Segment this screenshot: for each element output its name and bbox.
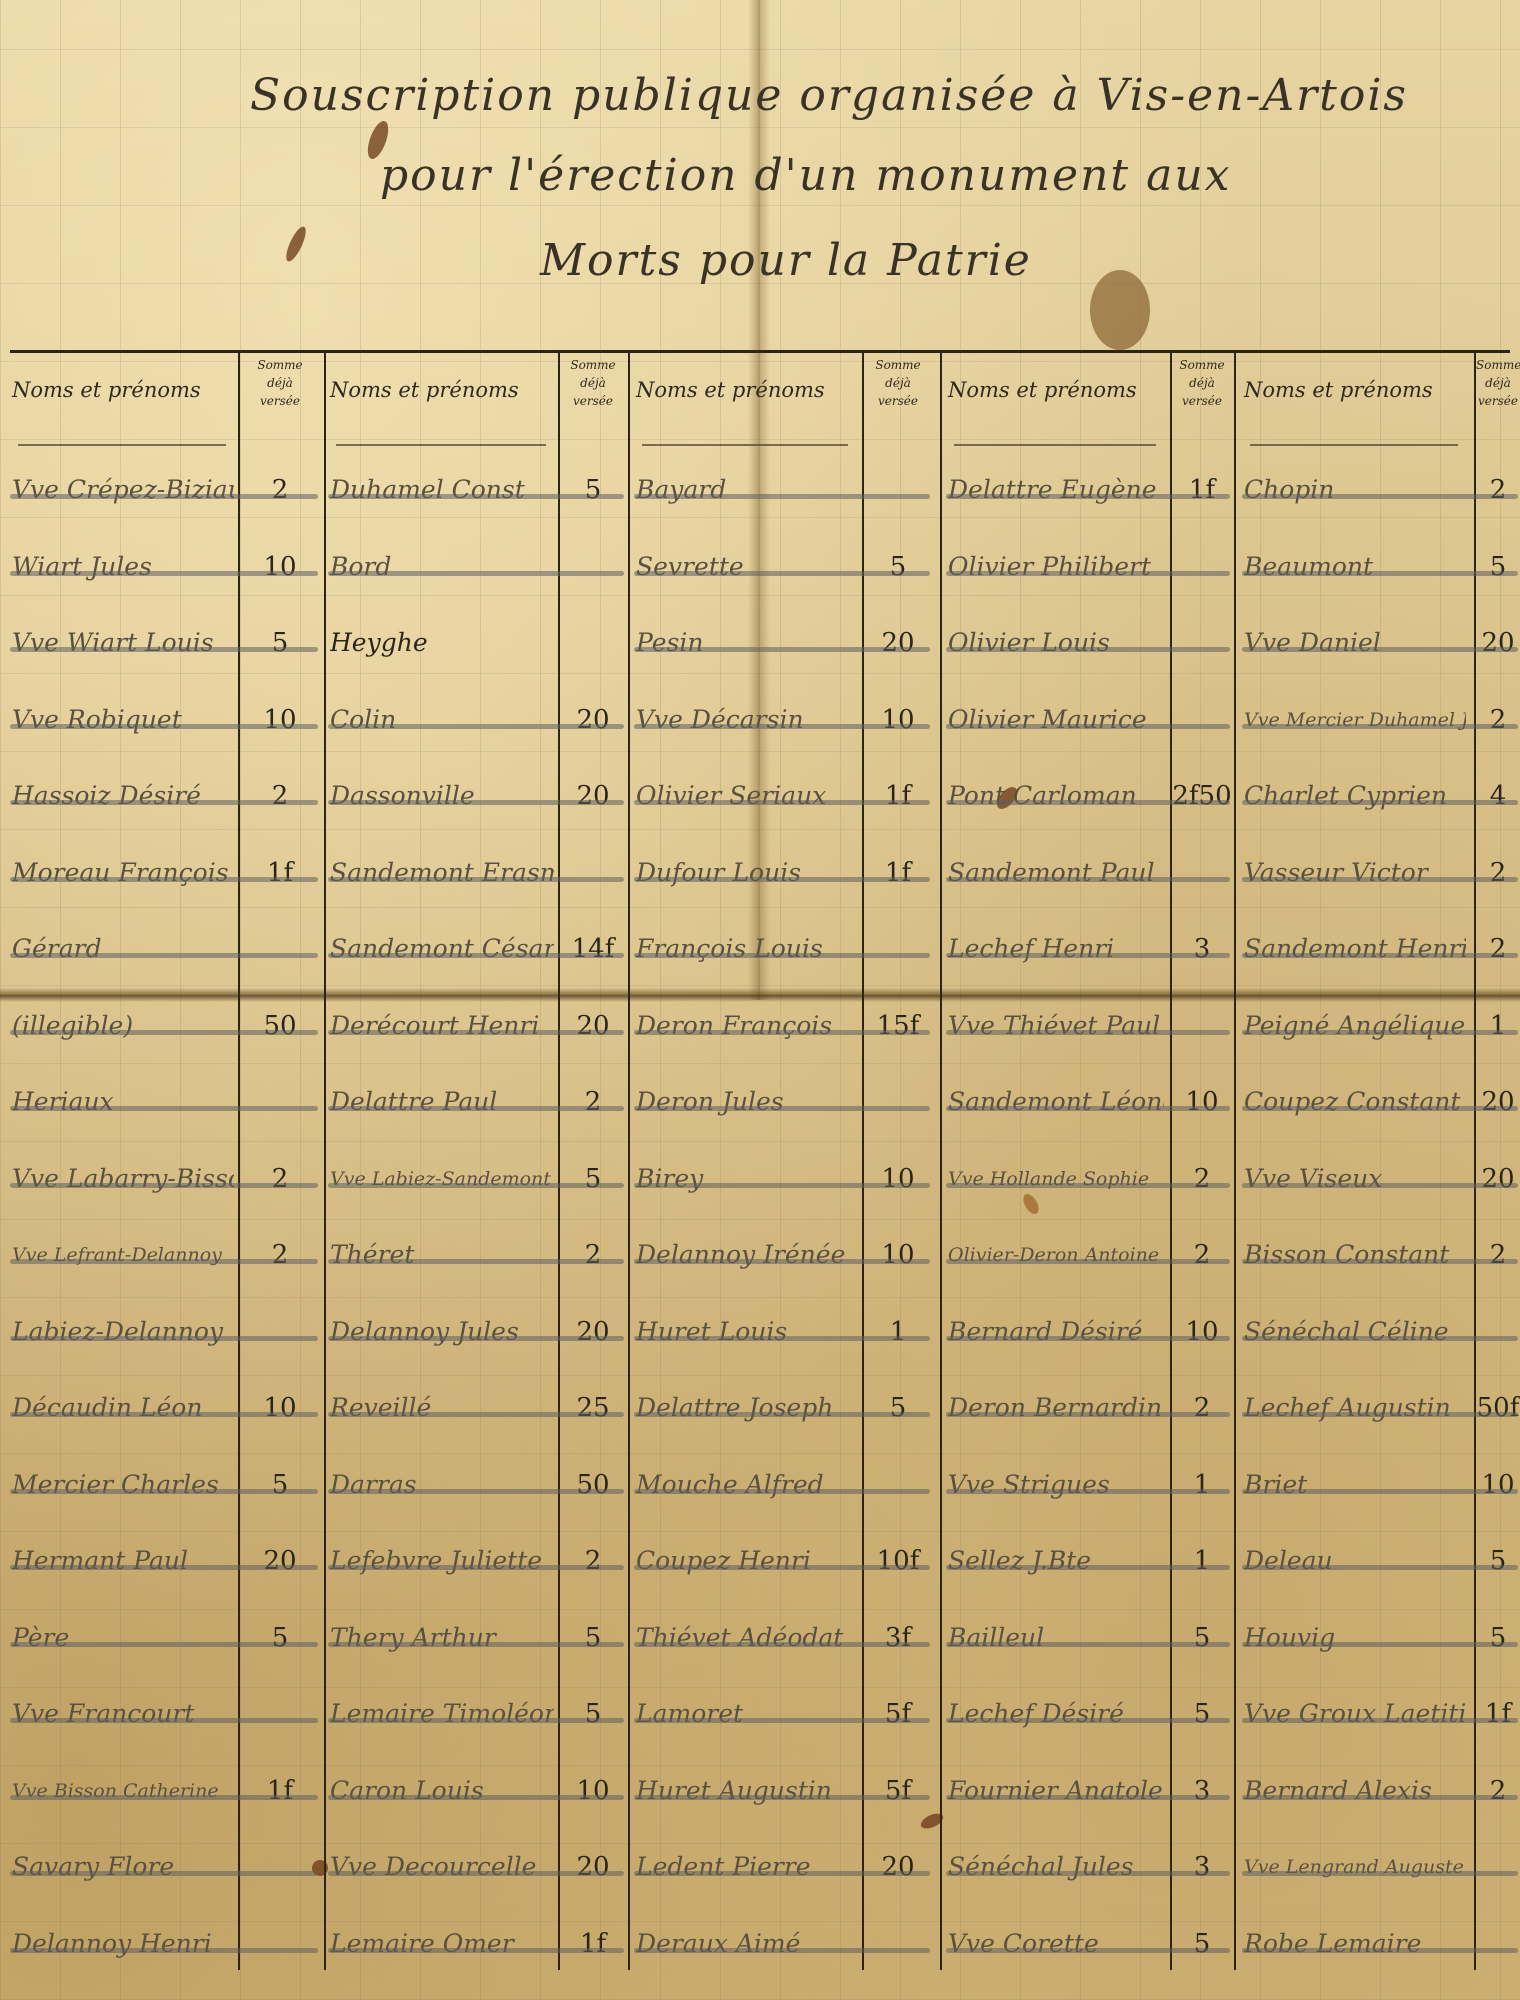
subscriber-name: Hassoiz Désiré bbox=[12, 766, 234, 826]
subscriber-name: Delannoy Jules bbox=[330, 1302, 554, 1362]
pencil-strikethrough bbox=[946, 1489, 1230, 1494]
subscriber-name: Huret Louis bbox=[636, 1302, 856, 1362]
pencil-strikethrough bbox=[328, 1412, 624, 1417]
amount-paid: 1f bbox=[240, 843, 320, 903]
pencil-strikethrough bbox=[10, 800, 318, 805]
amount-paid: 10 bbox=[864, 1149, 932, 1209]
pencil-strikethrough bbox=[634, 1412, 930, 1417]
amount-paid: 3f bbox=[864, 1608, 932, 1668]
amount-paid: 5 bbox=[240, 1455, 320, 1515]
subscriber-name: Sandemont Erasme bbox=[330, 843, 554, 903]
subscriber-name: Delattre Joseph bbox=[636, 1378, 856, 1438]
pencil-strikethrough bbox=[1242, 1642, 1518, 1647]
amount-paid: 20 bbox=[560, 996, 626, 1056]
subscriber-name: Vve Strigues bbox=[948, 1455, 1164, 1515]
subscriber-name: Bisson Constant bbox=[1244, 1225, 1466, 1285]
amount-paid: 3 bbox=[1172, 919, 1232, 979]
title-line-3: Morts pour la Patrie bbox=[540, 235, 1520, 286]
subscriber-name: Olivier Seriaux bbox=[636, 766, 856, 826]
amount-paid: 2 bbox=[560, 1531, 626, 1591]
amount-paid: 5 bbox=[1476, 537, 1520, 597]
subscriber-name: Vve Labarry-Bisson bbox=[12, 1149, 234, 1209]
subscriber-name: Gérard bbox=[12, 919, 234, 979]
pencil-strikethrough bbox=[946, 1259, 1230, 1264]
pencil-strikethrough bbox=[1242, 647, 1518, 652]
subscriber-name: Vve Robiquet bbox=[12, 690, 234, 750]
subscriber-name: Sénéchal Jules bbox=[948, 1837, 1164, 1897]
amount-paid: 2 bbox=[1172, 1149, 1232, 1209]
subscriber-name: Houvig bbox=[1244, 1608, 1466, 1668]
pencil-strikethrough bbox=[634, 1030, 930, 1035]
amount-paid: 5 bbox=[240, 1608, 320, 1668]
subscriber-name: Olivier Philibert bbox=[948, 537, 1164, 597]
amount-paid: 2 bbox=[560, 1225, 626, 1285]
pencil-strikethrough bbox=[328, 800, 624, 805]
pencil-strikethrough bbox=[10, 1030, 318, 1035]
subscriber-name: Bayard bbox=[636, 460, 856, 520]
subscriber-name: Bailleul bbox=[948, 1608, 1164, 1668]
subscriber-name: Wiart Jules bbox=[12, 537, 234, 597]
subscriber-name: Vve Labiez-Sandemont bbox=[330, 1149, 554, 1209]
table-row: Vve Bisson Catherine1fCaron Louis10Huret… bbox=[0, 1761, 1520, 1837]
pencil-strikethrough bbox=[10, 1106, 318, 1111]
pencil-strikethrough bbox=[328, 1336, 624, 1341]
amount-paid: 10 bbox=[240, 1378, 320, 1438]
subscriber-name: Vve Mercier Duhamel Jeanne bbox=[1244, 690, 1466, 750]
subscriber-name: Caron Louis bbox=[330, 1761, 554, 1821]
pencil-strikethrough bbox=[634, 1489, 930, 1494]
pencil-strikethrough bbox=[946, 571, 1230, 576]
pencil-strikethrough bbox=[1242, 1489, 1518, 1494]
amount-paid: 2 bbox=[1172, 1378, 1232, 1438]
subscriber-name: Père bbox=[12, 1608, 234, 1668]
header-amount-paid: Sommedéjàversée bbox=[240, 356, 320, 446]
amount-paid: 1 bbox=[1172, 1531, 1232, 1591]
subscriber-name: Deraux Aimé bbox=[636, 1914, 856, 1974]
table-row: Savary FloreVve Decourcelle20Ledent Pier… bbox=[0, 1837, 1520, 1913]
amount-paid: 20 bbox=[560, 690, 626, 750]
amount-paid: 10 bbox=[1476, 1455, 1520, 1515]
amount-paid bbox=[560, 537, 626, 597]
pencil-strikethrough bbox=[10, 1642, 318, 1647]
amount-paid: 10 bbox=[240, 690, 320, 750]
amount-paid: 2 bbox=[240, 460, 320, 520]
pencil-strikethrough bbox=[328, 1489, 624, 1494]
table-row: Vve Crépez-Biziaux2Duhamel Const5BayardD… bbox=[0, 460, 1520, 536]
amount-paid: 5f bbox=[864, 1684, 932, 1744]
subscriber-name: Chopin bbox=[1244, 460, 1466, 520]
subscriber-name: Deron François bbox=[636, 996, 856, 1056]
amount-paid: 10 bbox=[864, 690, 932, 750]
subscriber-name: François Louis bbox=[636, 919, 856, 979]
amount-paid: 2 bbox=[240, 766, 320, 826]
amount-paid: 50f bbox=[1476, 1378, 1520, 1438]
subscriber-name: Vve Thiévet Paul bbox=[948, 996, 1164, 1056]
pencil-strikethrough bbox=[328, 1718, 624, 1723]
subscriber-name: Coupez Constant bbox=[1244, 1072, 1466, 1132]
pencil-strikethrough bbox=[946, 1030, 1230, 1035]
pencil-strikethrough bbox=[634, 1642, 930, 1647]
subscriber-name: Pont Carloman bbox=[948, 766, 1164, 826]
subscriber-name: Sandemont Léonce bbox=[948, 1072, 1164, 1132]
table-row: Wiart Jules10BordSevrette5Olivier Philib… bbox=[0, 537, 1520, 613]
amount-paid: 1f bbox=[864, 766, 932, 826]
amount-paid: 3 bbox=[1172, 1837, 1232, 1897]
header-amount-word: Somme bbox=[1172, 356, 1232, 374]
header-amount-word: Somme bbox=[560, 356, 626, 374]
pencil-strikethrough bbox=[634, 647, 930, 652]
pencil-strikethrough bbox=[946, 1565, 1230, 1570]
table-row: GérardSandemont César14fFrançois LouisLe… bbox=[0, 919, 1520, 995]
subscriber-name: Beaumont bbox=[1244, 537, 1466, 597]
pencil-strikethrough bbox=[10, 1489, 318, 1494]
subscriber-name: Vve Corette bbox=[948, 1914, 1164, 1974]
subscription-table: Noms et prénomsSommedéjàverséeNoms et pr… bbox=[0, 350, 1520, 1990]
amount-paid: 10 bbox=[560, 1761, 626, 1821]
pencil-strikethrough bbox=[10, 953, 318, 958]
subscriber-name: Huret Augustin bbox=[636, 1761, 856, 1821]
pencil-strikethrough bbox=[946, 1948, 1230, 1953]
table-row: Vve Labarry-Bisson2Vve Labiez-Sandemont5… bbox=[0, 1149, 1520, 1225]
subscriber-name: Ledent Pierre bbox=[636, 1837, 856, 1897]
amount-paid: 4 bbox=[1476, 766, 1520, 826]
table-row: Moreau François1fSandemont ErasmeDufour … bbox=[0, 843, 1520, 919]
amount-paid: 20 bbox=[560, 1837, 626, 1897]
subscriber-name: Dassonville bbox=[330, 766, 554, 826]
pencil-strikethrough bbox=[1242, 1030, 1518, 1035]
header-underline bbox=[18, 444, 226, 446]
pencil-strikethrough bbox=[634, 571, 930, 576]
amount-paid: 20 bbox=[1476, 1072, 1520, 1132]
amount-paid bbox=[864, 460, 932, 520]
amount-paid bbox=[240, 1914, 320, 1974]
amount-paid bbox=[864, 919, 932, 979]
amount-paid: 2 bbox=[1476, 919, 1520, 979]
pencil-strikethrough bbox=[10, 1795, 318, 1800]
subscriber-name: Sandemont César bbox=[330, 919, 554, 979]
subscriber-name: Delattre Paul bbox=[330, 1072, 554, 1132]
amount-paid: 10f bbox=[864, 1531, 932, 1591]
pencil-strikethrough bbox=[634, 1259, 930, 1264]
pencil-strikethrough bbox=[10, 1412, 318, 1417]
amount-paid: 1 bbox=[1476, 996, 1520, 1056]
amount-paid: 5 bbox=[560, 1608, 626, 1668]
amount-paid: 1 bbox=[1172, 1455, 1232, 1515]
header-amount-word: déjà bbox=[560, 374, 626, 392]
subscriber-name: Mouche Alfred bbox=[636, 1455, 856, 1515]
amount-paid: 15f bbox=[864, 996, 932, 1056]
table-row: HeriauxDelattre Paul2Deron JulesSandemon… bbox=[0, 1072, 1520, 1148]
amount-paid: 20 bbox=[864, 613, 932, 673]
subscriber-name: Vve Daniel bbox=[1244, 613, 1466, 673]
pencil-strikethrough bbox=[328, 571, 624, 576]
pencil-strikethrough bbox=[328, 1106, 624, 1111]
pencil-strikethrough bbox=[1242, 800, 1518, 805]
subscriber-name: Lamoret bbox=[636, 1684, 856, 1744]
header-amount-word: déjà bbox=[240, 374, 320, 392]
pencil-strikethrough bbox=[328, 1871, 624, 1876]
subscriber-name: Sandemont Paul bbox=[948, 843, 1164, 903]
amount-paid: 50 bbox=[240, 996, 320, 1056]
header-names-and-firstnames: Noms et prénoms bbox=[12, 378, 232, 468]
ink-stain bbox=[283, 224, 310, 264]
header-names-and-firstnames: Noms et prénoms bbox=[1244, 378, 1464, 468]
pencil-strikethrough bbox=[634, 1565, 930, 1570]
amount-paid: 5 bbox=[1476, 1531, 1520, 1591]
amount-paid: 2 bbox=[1476, 1225, 1520, 1285]
pencil-strikethrough bbox=[634, 800, 930, 805]
pencil-strikethrough bbox=[946, 877, 1230, 882]
amount-paid: 1f bbox=[1476, 1684, 1520, 1744]
subscriber-name: Lechef Désiré bbox=[948, 1684, 1164, 1744]
amount-paid: 1f bbox=[1172, 460, 1232, 520]
pencil-strikethrough bbox=[10, 877, 318, 882]
amount-paid: 1 bbox=[864, 1302, 932, 1362]
amount-paid: 2 bbox=[560, 1072, 626, 1132]
subscriber-name: Lemaire Timoléon bbox=[330, 1684, 554, 1744]
table-row: Hassoiz Désiré2Dassonville20Olivier Seri… bbox=[0, 766, 1520, 842]
pencil-strikethrough bbox=[946, 724, 1230, 729]
header-underline bbox=[642, 444, 848, 446]
pencil-strikethrough bbox=[946, 1642, 1230, 1647]
pencil-strikethrough bbox=[946, 1106, 1230, 1111]
title-line-1: Souscription publique organisée à Vis-en… bbox=[250, 70, 1520, 121]
header-amount-paid: Sommedéjàversée bbox=[1172, 356, 1232, 446]
amount-paid bbox=[240, 1684, 320, 1744]
subscriber-name: Sandemont Henri bbox=[1244, 919, 1466, 979]
pencil-strikethrough bbox=[946, 1183, 1230, 1188]
pencil-strikethrough bbox=[328, 1183, 624, 1188]
amount-paid: 2f50 bbox=[1172, 766, 1232, 826]
amount-paid: 2 bbox=[1476, 690, 1520, 750]
amount-paid: 10 bbox=[864, 1225, 932, 1285]
header-amount-word: versée bbox=[1476, 392, 1520, 410]
amount-paid: 5 bbox=[560, 1149, 626, 1209]
pencil-strikethrough bbox=[10, 571, 318, 576]
amount-paid bbox=[864, 1455, 932, 1515]
pencil-strikethrough bbox=[328, 1948, 624, 1953]
amount-paid: 5 bbox=[864, 537, 932, 597]
amount-paid: 5 bbox=[1172, 1914, 1232, 1974]
subscriber-name: Fournier Anatole bbox=[948, 1761, 1164, 1821]
amount-paid bbox=[240, 1072, 320, 1132]
amount-paid: 1f bbox=[560, 1914, 626, 1974]
subscriber-name: Heriaux bbox=[12, 1072, 234, 1132]
subscriber-name: Vve Bisson Catherine bbox=[12, 1761, 234, 1821]
pencil-strikethrough bbox=[1242, 1871, 1518, 1876]
table-row: Mercier Charles5Darras50Mouche AlfredVve… bbox=[0, 1455, 1520, 1531]
amount-paid bbox=[1172, 843, 1232, 903]
subscriber-name: Sénéchal Céline bbox=[1244, 1302, 1466, 1362]
header-underline bbox=[954, 444, 1156, 446]
pencil-strikethrough bbox=[946, 800, 1230, 805]
subscriber-name: Lemaire Omer bbox=[330, 1914, 554, 1974]
subscriber-name: Peigné Angélique bbox=[1244, 996, 1466, 1056]
subscriber-name: Vve Lengrand Auguste bbox=[1244, 1837, 1466, 1897]
header-amount-word: versée bbox=[864, 392, 932, 410]
title-line-2: pour l'érection d'un monument aux bbox=[380, 150, 1520, 201]
header-amount-word: versée bbox=[560, 392, 626, 410]
pencil-strikethrough bbox=[1242, 1412, 1518, 1417]
pencil-strikethrough bbox=[946, 1795, 1230, 1800]
amount-paid: 10 bbox=[1172, 1302, 1232, 1362]
subscriber-name: Vve Viseux bbox=[1244, 1149, 1466, 1209]
subscriber-name: Duhamel Const bbox=[330, 460, 554, 520]
subscriber-name: Vve Crépez-Biziaux bbox=[12, 460, 234, 520]
subscriber-name: Olivier Louis bbox=[948, 613, 1164, 673]
pencil-strikethrough bbox=[946, 1871, 1230, 1876]
header-amount-word: Somme bbox=[1476, 356, 1520, 374]
pencil-strikethrough bbox=[328, 1565, 624, 1570]
header-underline bbox=[336, 444, 546, 446]
pencil-strikethrough bbox=[634, 1336, 930, 1341]
amount-paid: 2 bbox=[1476, 460, 1520, 520]
subscriber-name: Olivier Maurice bbox=[948, 690, 1164, 750]
amount-paid: 50 bbox=[560, 1455, 626, 1515]
amount-paid: 5 bbox=[864, 1378, 932, 1438]
amount-paid bbox=[240, 1302, 320, 1362]
subscriber-name: Delannoy Irénée bbox=[636, 1225, 856, 1285]
pencil-strikethrough bbox=[634, 1718, 930, 1723]
subscriber-name: Pesin bbox=[636, 613, 856, 673]
pencil-strikethrough bbox=[634, 1106, 930, 1111]
subscriber-name: Vve Groux Laetitia bbox=[1244, 1684, 1466, 1744]
amount-paid: 2 bbox=[1172, 1225, 1232, 1285]
pencil-strikethrough bbox=[10, 1259, 318, 1264]
pencil-strikethrough bbox=[10, 1565, 318, 1570]
pencil-strikethrough bbox=[328, 494, 624, 499]
header-amount-word: versée bbox=[1172, 392, 1232, 410]
subscriber-name: Vasseur Victor bbox=[1244, 843, 1466, 903]
amount-paid: 20 bbox=[864, 1837, 932, 1897]
subscriber-name: Colin bbox=[330, 690, 554, 750]
amount-paid: 2 bbox=[1476, 1761, 1520, 1821]
amount-paid: 5 bbox=[1172, 1608, 1232, 1668]
pencil-strikethrough bbox=[10, 1948, 318, 1953]
amount-paid: 5 bbox=[240, 613, 320, 673]
table-row: Vve Robiquet10Colin20Vve Décarsin10Olivi… bbox=[0, 690, 1520, 766]
pencil-strikethrough bbox=[946, 647, 1230, 652]
amount-paid: 2 bbox=[1476, 843, 1520, 903]
amount-paid: 10 bbox=[240, 537, 320, 597]
table-row: Père5Thery Arthur5Thiévet Adéodat3fBaill… bbox=[0, 1608, 1520, 1684]
subscriber-name: Reveillé bbox=[330, 1378, 554, 1438]
subscriber-name: Delannoy Henri bbox=[12, 1914, 234, 1974]
pencil-strikethrough bbox=[946, 494, 1230, 499]
subscriber-name: Vve Francourt bbox=[12, 1684, 234, 1744]
pencil-strikethrough bbox=[1242, 571, 1518, 576]
subscriber-name: Deleau bbox=[1244, 1531, 1466, 1591]
pencil-strikethrough bbox=[634, 1871, 930, 1876]
pencil-strikethrough bbox=[1242, 1183, 1518, 1188]
header-amount-word: déjà bbox=[1476, 374, 1520, 392]
subscriber-name: Coupez Henri bbox=[636, 1531, 856, 1591]
subscriber-name: Briet bbox=[1244, 1455, 1466, 1515]
pencil-strikethrough bbox=[1242, 494, 1518, 499]
subscriber-name: Théret bbox=[330, 1225, 554, 1285]
amount-paid: 20 bbox=[240, 1531, 320, 1591]
subscriber-name: Charlet Cyprien bbox=[1244, 766, 1466, 826]
header-amount-paid: Sommedéjàversée bbox=[560, 356, 626, 446]
subscriber-name: Vve Wiart Louis bbox=[12, 613, 234, 673]
table-header-row: Noms et prénomsSommedéjàverséeNoms et pr… bbox=[0, 356, 1520, 446]
pencil-strikethrough bbox=[10, 647, 318, 652]
subscriber-name: Lechef Henri bbox=[948, 919, 1164, 979]
header-names-and-firstnames: Noms et prénoms bbox=[948, 378, 1162, 468]
amount-paid: 20 bbox=[1476, 613, 1520, 673]
pencil-strikethrough bbox=[1242, 1565, 1518, 1570]
subscriber-name: Labiez-Delannoy bbox=[12, 1302, 234, 1362]
subscriber-name: Lechef Augustin bbox=[1244, 1378, 1466, 1438]
header-amount-word: déjà bbox=[864, 374, 932, 392]
amount-paid bbox=[864, 1914, 932, 1974]
table-row: Delannoy HenriLemaire Omer1fDeraux AiméV… bbox=[0, 1914, 1520, 1990]
header-names-and-firstnames: Noms et prénoms bbox=[330, 378, 552, 468]
amount-paid bbox=[560, 613, 626, 673]
pencil-strikethrough bbox=[10, 1871, 318, 1876]
pencil-strikethrough bbox=[10, 1183, 318, 1188]
pencil-strikethrough bbox=[1242, 1259, 1518, 1264]
pencil-strikethrough bbox=[328, 1642, 624, 1647]
subscriber-name: Deron Jules bbox=[636, 1072, 856, 1132]
amount-paid: 2 bbox=[240, 1149, 320, 1209]
amount-paid: 25 bbox=[560, 1378, 626, 1438]
subscriber-name: Moreau François bbox=[12, 843, 234, 903]
header-amount-word: déjà bbox=[1172, 374, 1232, 392]
table-row: Vve Wiart Louis5HeyghePesin20Olivier Lou… bbox=[0, 613, 1520, 689]
table-row: Décaudin Léon10Reveillé25Delattre Joseph… bbox=[0, 1378, 1520, 1454]
subscriber-name: Dufour Louis bbox=[636, 843, 856, 903]
amount-paid: 20 bbox=[560, 1302, 626, 1362]
table-row: Labiez-DelannoyDelannoy Jules20Huret Lou… bbox=[0, 1302, 1520, 1378]
amount-paid: 20 bbox=[560, 766, 626, 826]
table-row: Vve Lefrant-Delannoy2Théret2Delannoy Iré… bbox=[0, 1225, 1520, 1301]
amount-paid: 10 bbox=[1172, 1072, 1232, 1132]
amount-paid: 14f bbox=[560, 919, 626, 979]
pencil-strikethrough bbox=[946, 1718, 1230, 1723]
pencil-strikethrough bbox=[1242, 1106, 1518, 1111]
subscriber-name: Sevrette bbox=[636, 537, 856, 597]
pencil-strikethrough bbox=[1242, 877, 1518, 882]
amount-paid: 5 bbox=[1172, 1684, 1232, 1744]
pencil-strikethrough bbox=[1242, 953, 1518, 958]
amount-paid: 20 bbox=[1476, 1149, 1520, 1209]
amount-paid: 5 bbox=[560, 1684, 626, 1744]
table-row: Hermant Paul20Lefebvre Juliette2Coupez H… bbox=[0, 1531, 1520, 1607]
header-amount-word: versée bbox=[240, 392, 320, 410]
subscriber-name: Robe Lemaire bbox=[1244, 1914, 1466, 1974]
subscriber-name: Bernard Désiré bbox=[948, 1302, 1164, 1362]
amount-paid bbox=[1172, 613, 1232, 673]
pencil-strikethrough bbox=[1242, 1795, 1518, 1800]
subscriber-name: Vve Lefrant-Delannoy bbox=[12, 1225, 234, 1285]
subscriber-name: Savary Flore bbox=[12, 1837, 234, 1897]
pencil-strikethrough bbox=[328, 1795, 624, 1800]
header-names-and-firstnames: Noms et prénoms bbox=[636, 378, 854, 468]
ledger-page: Souscription publique organisée à Vis-en… bbox=[0, 0, 1520, 2000]
amount-paid bbox=[240, 1837, 320, 1897]
subscriber-name: Lefebvre Juliette bbox=[330, 1531, 554, 1591]
header-amount-word: Somme bbox=[240, 356, 320, 374]
pencil-strikethrough bbox=[10, 724, 318, 729]
subscriber-name: Deron Bernardin bbox=[948, 1378, 1164, 1438]
subscriber-name: Mercier Charles bbox=[12, 1455, 234, 1515]
pencil-strikethrough bbox=[1242, 1948, 1518, 1953]
amount-paid bbox=[1172, 537, 1232, 597]
subscriber-name: Hermant Paul bbox=[12, 1531, 234, 1591]
amount-paid: 1f bbox=[864, 843, 932, 903]
pencil-strikethrough bbox=[328, 877, 624, 882]
